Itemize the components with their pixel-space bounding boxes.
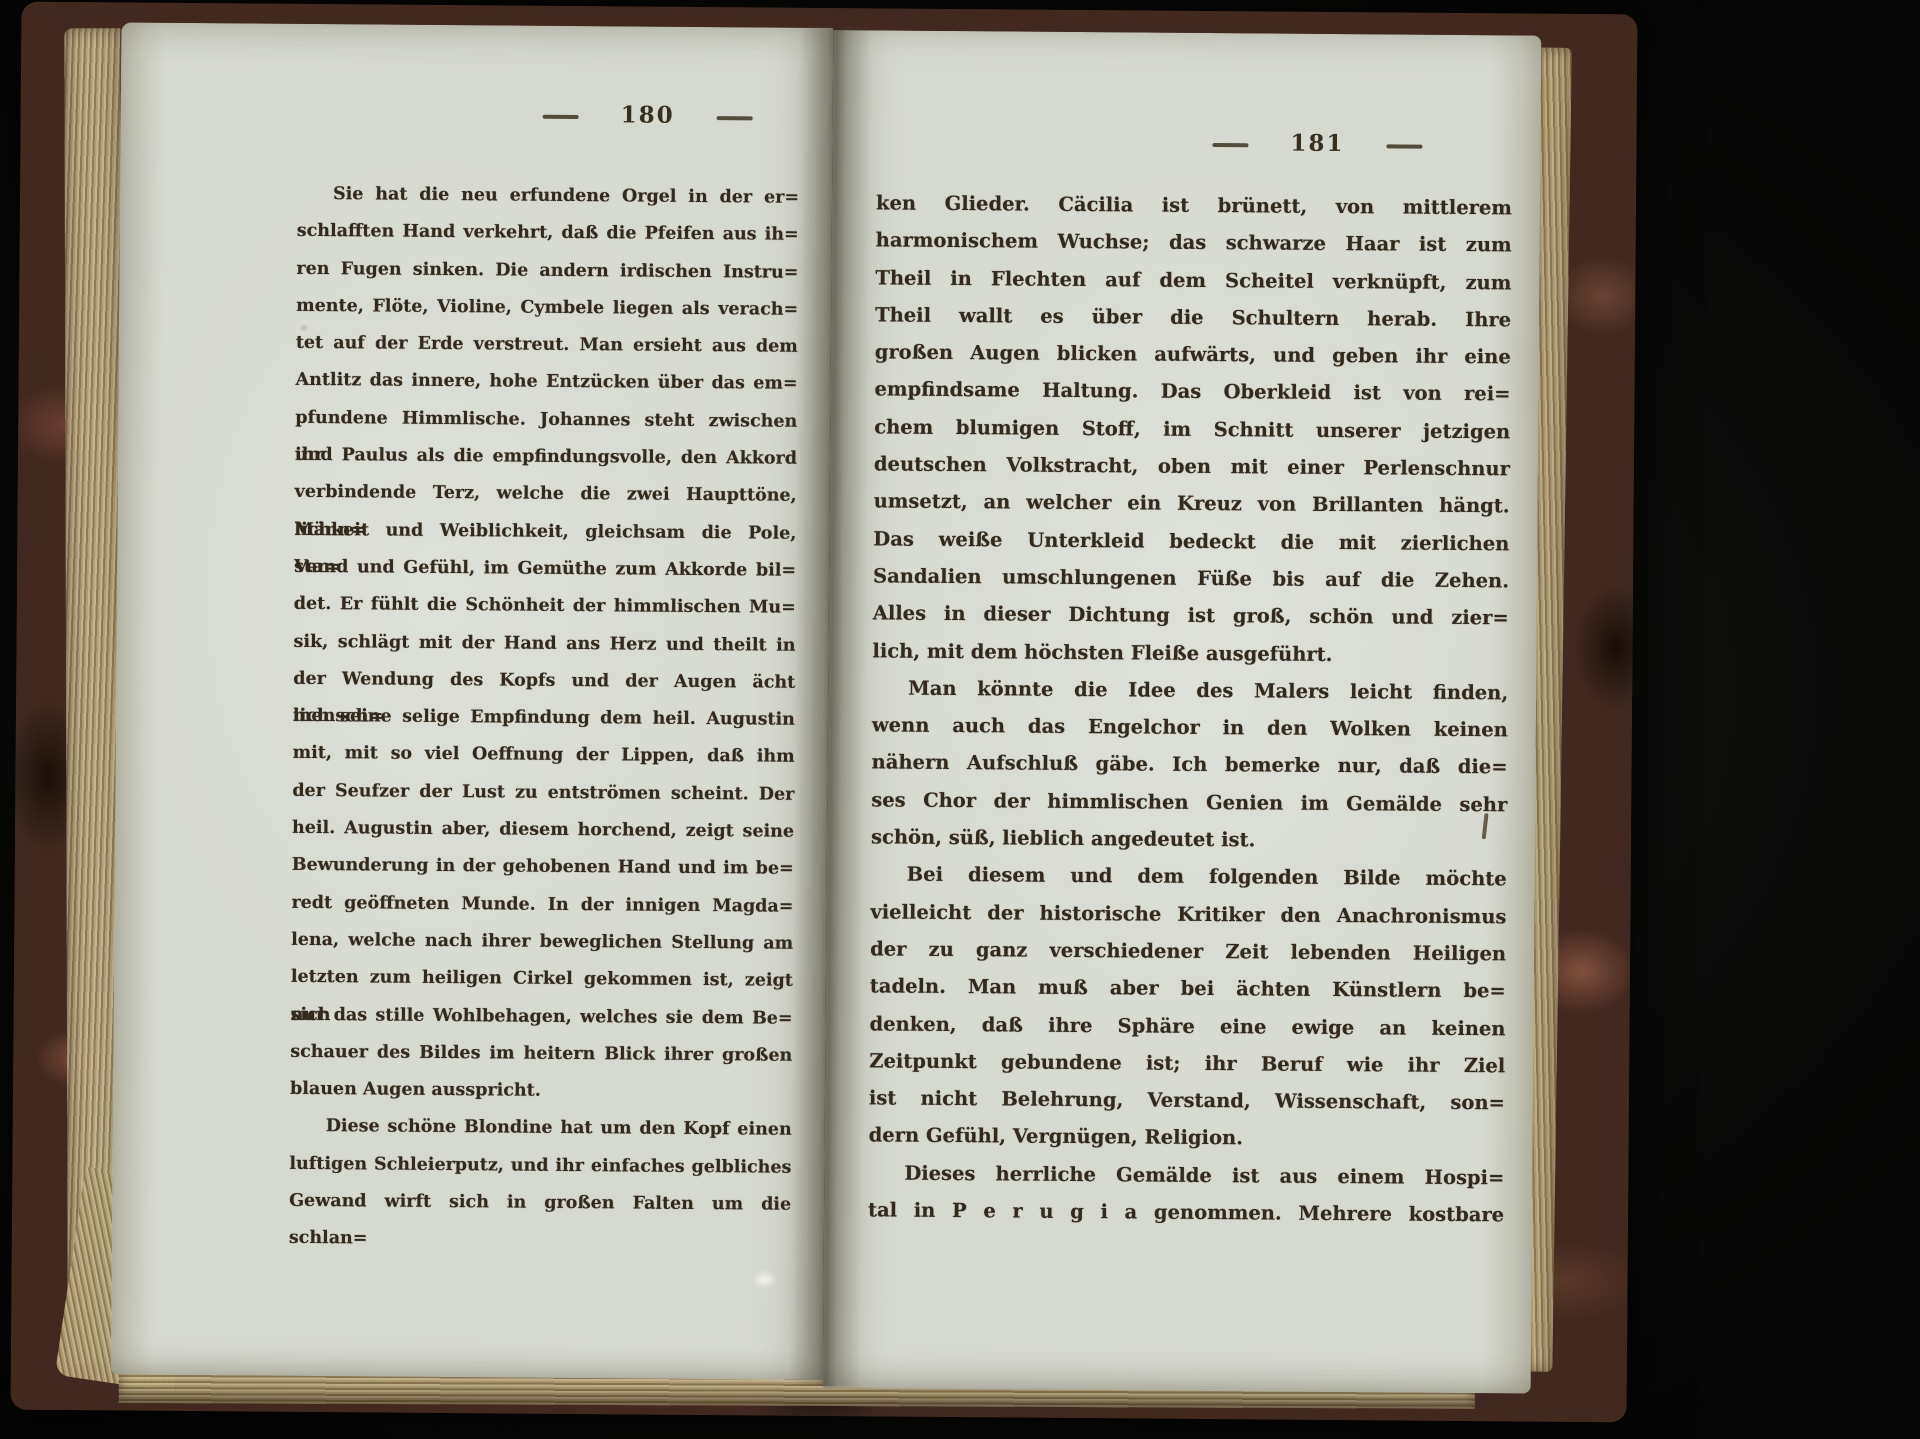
paper-blemish [751, 1269, 777, 1289]
text-line: der zu ganz verschiedener Zeit lebenden … [870, 930, 1506, 972]
text-line: chem blumigen Stoff, im Schnitt unserer … [874, 408, 1510, 450]
text-line: Alles in dieser Dichtung ist groß, schön… [873, 595, 1509, 637]
text-line: nur das stille Wohlbehagen, welches sie … [290, 996, 792, 1037]
text-line: tal in P e r u g i a genommen. Mehrere k… [868, 1191, 1504, 1233]
text-line: mente, Flöte, Violine, Cymbele liegen al… [296, 288, 798, 329]
page-number-181: 181 [1290, 130, 1344, 157]
text-line: blauen Augen ausspricht. [290, 1071, 792, 1112]
text-line: Bewunderung in der gehobenen Hand und im… [292, 847, 794, 888]
text-line: Dieses herrliche Gemälde ist aus einem H… [868, 1154, 1504, 1196]
text-line: nähern Aufschluß gäbe. Ich bemerke nur, … [871, 744, 1507, 786]
text-line: ken Glieder. Cäcilia ist brünett, von mi… [876, 184, 1512, 226]
text-line: harmonischem Wuchse; das schwarze Haar i… [876, 222, 1512, 264]
text-line: sik, schlägt mit der Hand ans Herz und t… [293, 623, 795, 664]
text-line: umsetzt, an welcher ein Kreuz von Brilla… [874, 483, 1510, 525]
text-line: Theil in Flechten auf dem Scheitel verkn… [875, 259, 1511, 301]
text-line: Gewand wirft sich in großen Falten um di… [289, 1183, 791, 1224]
text-line: lena, welche nach ihrer beweglichen Stel… [291, 922, 793, 963]
text-line: Antlitz das innere, hohe Entzücken über … [295, 362, 797, 403]
text-line: Theil wallt es über die Schultern herab.… [875, 296, 1511, 338]
text-line: ses Chor der himmlischen Genien im Gemäl… [871, 781, 1507, 823]
text-line: det. Er fühlt die Schönheit der himmlisc… [294, 586, 796, 627]
page-header-181: 181 [1050, 128, 1584, 159]
text-line: pfundene Himmlische. Johannes steht zwis… [295, 400, 797, 441]
open-book: 180 Sie hat die neu erfundene Orgel in d… [10, 2, 1637, 1423]
text-line: schauer des Bildes im heitern Blick ihre… [290, 1034, 792, 1075]
text-line: ren Fugen sinken. Die andern irdischen I… [296, 250, 798, 291]
text-line: Zeitpunkt gebundene ist; ihr Beruf wie i… [869, 1042, 1505, 1084]
text-line: und Paulus als die empfindungsvolle, den… [295, 437, 797, 478]
text-line: der Wendung des Kopfs und der Augen ächt… [293, 661, 795, 702]
page-header-180: 180 [398, 100, 898, 131]
text-line: Man könnte die Idee des Malers leicht fi… [872, 669, 1508, 711]
text-line: denken, daß ihre Sphäre eine ewige an ke… [869, 1005, 1505, 1047]
text-line: tet auf der Erde verstreut. Man ersieht … [296, 325, 798, 366]
photograph: 180 Sie hat die neu erfundene Orgel in d… [0, 0, 1920, 1439]
text-line: Diese schöne Blondine hat um den Kopf ei… [290, 1108, 792, 1149]
text-line: deutschen Volkstracht, oben mit einer Pe… [874, 445, 1510, 487]
text-line: tadeln. Man muß aber bei ächten Künstler… [870, 968, 1506, 1010]
header-rule-right [1386, 144, 1422, 148]
page-181-text: ken Glieder. Cäcilia ist brünett, von mi… [868, 184, 1512, 1233]
text-line: stand und Gefühl, im Gemüthe zum Akkorde… [294, 549, 796, 590]
text-line: ist nicht Belehrung, Verstand, Wissensch… [869, 1079, 1505, 1121]
text-line: heil. Augustin aber, diesem horchend, ze… [292, 810, 794, 851]
text-line: schön, süß, lieblich angedeutet ist. [871, 818, 1507, 860]
page-number-180: 180 [621, 101, 675, 128]
text-line: wenn auch das Engelchor in den Wolken ke… [872, 707, 1508, 749]
text-line: schlafften Hand verkehrt, daß die Pfeife… [297, 213, 799, 254]
header-rule-left [1212, 143, 1248, 147]
text-line: Das weiße Unterkleid bedeckt die mit zie… [873, 520, 1509, 562]
text-line: redt geöffneten Munde. In der innigen Ma… [291, 884, 793, 925]
text-line: dern Gefühl, Vergnügen, Religion. [869, 1117, 1505, 1159]
text-line: lichkeit und Weiblichkeit, gleichsam die… [294, 512, 796, 553]
text-line: Sie hat die neu erfundene Orgel in der e… [297, 176, 799, 217]
text-line: mit, mit so viel Oeffnung der Lippen, da… [293, 735, 795, 776]
text-line: lich seine selige Empfindung dem heil. A… [293, 698, 795, 739]
header-rule-left [543, 114, 579, 118]
text-line: vielleicht der historische Kritiker den … [870, 893, 1506, 935]
text-line: Bei diesem und dem folgenden Bilde möcht… [871, 856, 1507, 898]
text-line: letzten zum heiligen Cirkel gekommen ist… [291, 959, 793, 1000]
text-line: empfindsame Haltung. Das Oberkleid ist v… [874, 371, 1510, 413]
text-line: lich, mit dem höchsten Fleiße ausgeführt… [872, 632, 1508, 674]
text-line: Sandalien umschlungenen Füße bis auf die… [873, 557, 1509, 599]
text-line: verbindende Terz, welche die zwei Hauptt… [295, 474, 797, 515]
header-rule-right [717, 116, 753, 120]
text-line: der Seufzer der Lust zu entströmen schei… [292, 773, 794, 814]
text-line: großen Augen blicken aufwärts, und geben… [875, 334, 1511, 376]
page-180-text: Sie hat die neu erfundene Orgel in der e… [289, 176, 799, 1224]
text-line: luftigen Schleierputz, und ihr einfaches… [289, 1146, 791, 1187]
